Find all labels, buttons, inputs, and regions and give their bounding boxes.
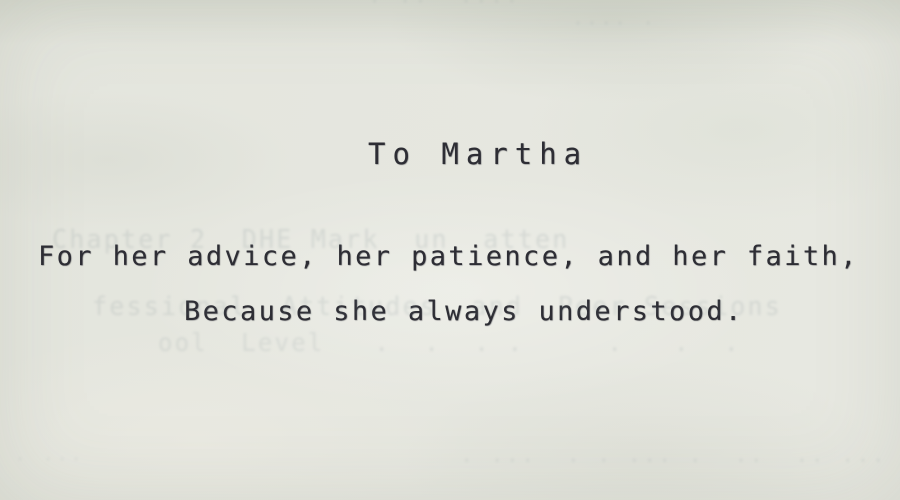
ghost-bleed-through-text: ···· · (572, 12, 656, 35)
dedication-title: To Martha (368, 139, 588, 171)
ghost-bleed-through-text: · ·· ···· (368, 0, 520, 16)
ghost-bleed-through-text: . ... . . ... . .. .. ... (460, 444, 887, 469)
ghost-bleed-through-text: ool Level . . . . . . . (158, 330, 741, 357)
scanned-dedication-page: To Martha For her advice, her patience, … (0, 0, 900, 500)
dedication-line-1: For her advice, her patience, and her fa… (38, 242, 859, 272)
ghost-bleed-through-text: · ··· (14, 448, 84, 471)
dedication-line-2: Because she always understood. (184, 297, 744, 327)
